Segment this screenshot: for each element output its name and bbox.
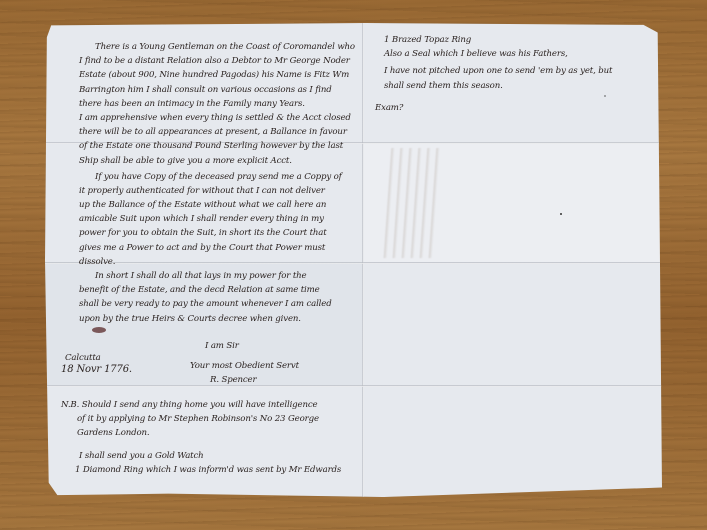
paragraph-1: There is a Young Gentleman on the Coast … <box>79 40 359 111</box>
closing-line: I am Sir <box>205 339 239 353</box>
text-line: I have not pitched upon one to send 'em … <box>384 64 612 78</box>
text-line: If you have Copy of the deceased pray se… <box>79 170 359 184</box>
vertical-fold-line <box>362 23 364 497</box>
paragraph-2: I am apprehensive when every thing is se… <box>79 111 359 168</box>
exam-note: Exam? <box>375 101 403 115</box>
text-line: N.B. Should I send any thing home you wi… <box>61 398 319 412</box>
text-line: shall send them this season. <box>384 79 612 93</box>
text-line: shall be very ready to pay the amount wh… <box>79 297 359 311</box>
paragraph-4: In short I shall do all that lays in my … <box>79 269 359 326</box>
text-line: Barrington him I shall consult on variou… <box>79 83 359 97</box>
paper-spot <box>604 95 606 97</box>
text-line: 1 Brazed Topaz Ring <box>384 33 612 47</box>
paper-spot <box>560 213 562 215</box>
items-line: 1 Diamond Ring which I was inform'd was … <box>75 463 341 477</box>
text-line: Estate (about 900, Nine hundred Pagodas)… <box>79 68 359 82</box>
text-line: Gardens London. <box>61 426 319 440</box>
text-line: upon by the true Heirs & Courts decree w… <box>79 312 359 326</box>
text-line: Also a Seal which I believe was his Fath… <box>384 47 612 61</box>
text-line: of the Estate one thousand Pound Sterlin… <box>79 139 359 153</box>
text-line: it properly authenticated for without th… <box>79 184 359 198</box>
text-line: I find to be a distant Relation also a D… <box>79 54 359 68</box>
text-line: There is a Young Gentleman on the Coast … <box>79 40 359 54</box>
continuation-text: 1 Brazed Topaz Ring Also a Seal which I … <box>384 33 612 93</box>
text-line: I am apprehensive when every thing is se… <box>79 111 359 125</box>
horizontal-fold-line-3 <box>45 385 662 387</box>
text-line: benefit of the Estate, and the decd Rela… <box>79 283 359 297</box>
postscript: N.B. Should I send any thing home you wi… <box>61 398 319 441</box>
text-line: there has been an intimacy in the Family… <box>79 97 359 111</box>
letter-sheet: There is a Young Gentleman on the Coast … <box>45 23 662 497</box>
text-line: In short I shall do all that lays in my … <box>79 269 359 283</box>
text-line: up the Ballance of the Estate without wh… <box>79 198 359 212</box>
text-line: there will be to all appearances at pres… <box>79 125 359 139</box>
letter-body: There is a Young Gentleman on the Coast … <box>79 40 359 326</box>
text-line: amicable Suit upon which I shall render … <box>79 212 359 226</box>
text-line: power for you to obtain the Suit, in sho… <box>79 226 359 240</box>
date-line: 18 Novr 1776. <box>61 363 132 377</box>
signature: R. Spencer <box>210 373 256 387</box>
text-line: of it by applying to Mr Stephen Robinson… <box>61 412 319 426</box>
text-line: Ship shall be able to give you a more ex… <box>79 154 359 168</box>
valediction-line: Your most Obedient Servt <box>190 359 299 373</box>
ink-stain <box>92 327 106 333</box>
paragraph-3: If you have Copy of the deceased pray se… <box>79 170 359 269</box>
text-line: dissolve. <box>79 255 359 269</box>
bleed-through-ink <box>378 148 444 258</box>
text-line: gives me a Power to act and by the Court… <box>79 241 359 255</box>
items-intro-line: I shall send you a Gold Watch <box>79 449 204 463</box>
